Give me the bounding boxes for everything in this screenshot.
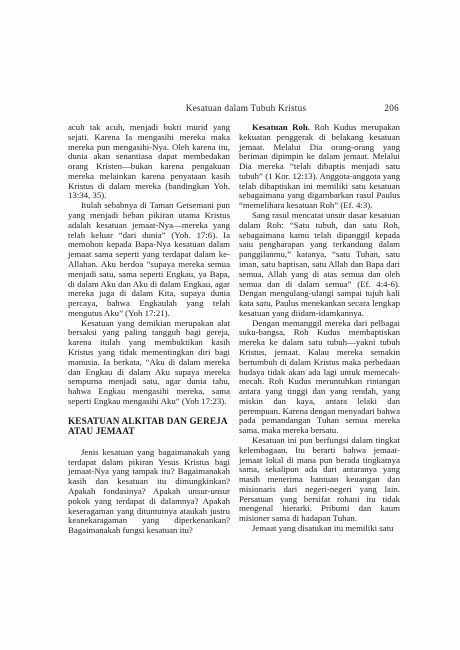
paragraph: Jenis kesatuan yang bagaimanakah yang te… <box>68 448 230 536</box>
paragraph: acuh tak acuh, menjadi bukti murid yang … <box>68 123 230 201</box>
paragraph: Jemaat yang disatukan itu memiliki satu <box>239 524 400 534</box>
book-page: Kesatuan dalam Tubuh Kristus 206 acuh ta… <box>0 0 460 650</box>
page-number: 206 <box>384 103 399 114</box>
text-column-right: Kesatuan Roh. Roh Kudus merupakan kekuat… <box>239 123 400 534</box>
text-column-left: acuh tak acuh, menjadi bukti murid yang … <box>68 123 230 536</box>
paragraph: Kesatuan ini pun berfungsi dalam tingkat… <box>239 436 400 524</box>
paragraph-lead: Kesatuan Roh. <box>252 122 314 132</box>
paragraph: Itulah sebabnya di Taman Getsemani pun y… <box>68 201 230 318</box>
section-heading: KESATUAN ALKITAB DAN GEREJA ATAU JEMAAT <box>68 416 230 437</box>
paragraph: Kesatuan yang demikian merupakan alat be… <box>68 319 230 407</box>
running-header: Kesatuan dalam Tubuh Kristus 206 <box>68 103 400 115</box>
paragraph: Kesatuan Roh. Roh Kudus merupakan kekuat… <box>239 123 400 211</box>
paragraph: Sang rasul mencatat unsur dasar kesatuan… <box>239 211 400 319</box>
running-header-title: Kesatuan dalam Tubuh Kristus <box>68 103 400 114</box>
italic-text: satu <box>256 298 271 308</box>
paragraph: Dengan memanggil mereka dari pelbagai su… <box>239 319 400 436</box>
